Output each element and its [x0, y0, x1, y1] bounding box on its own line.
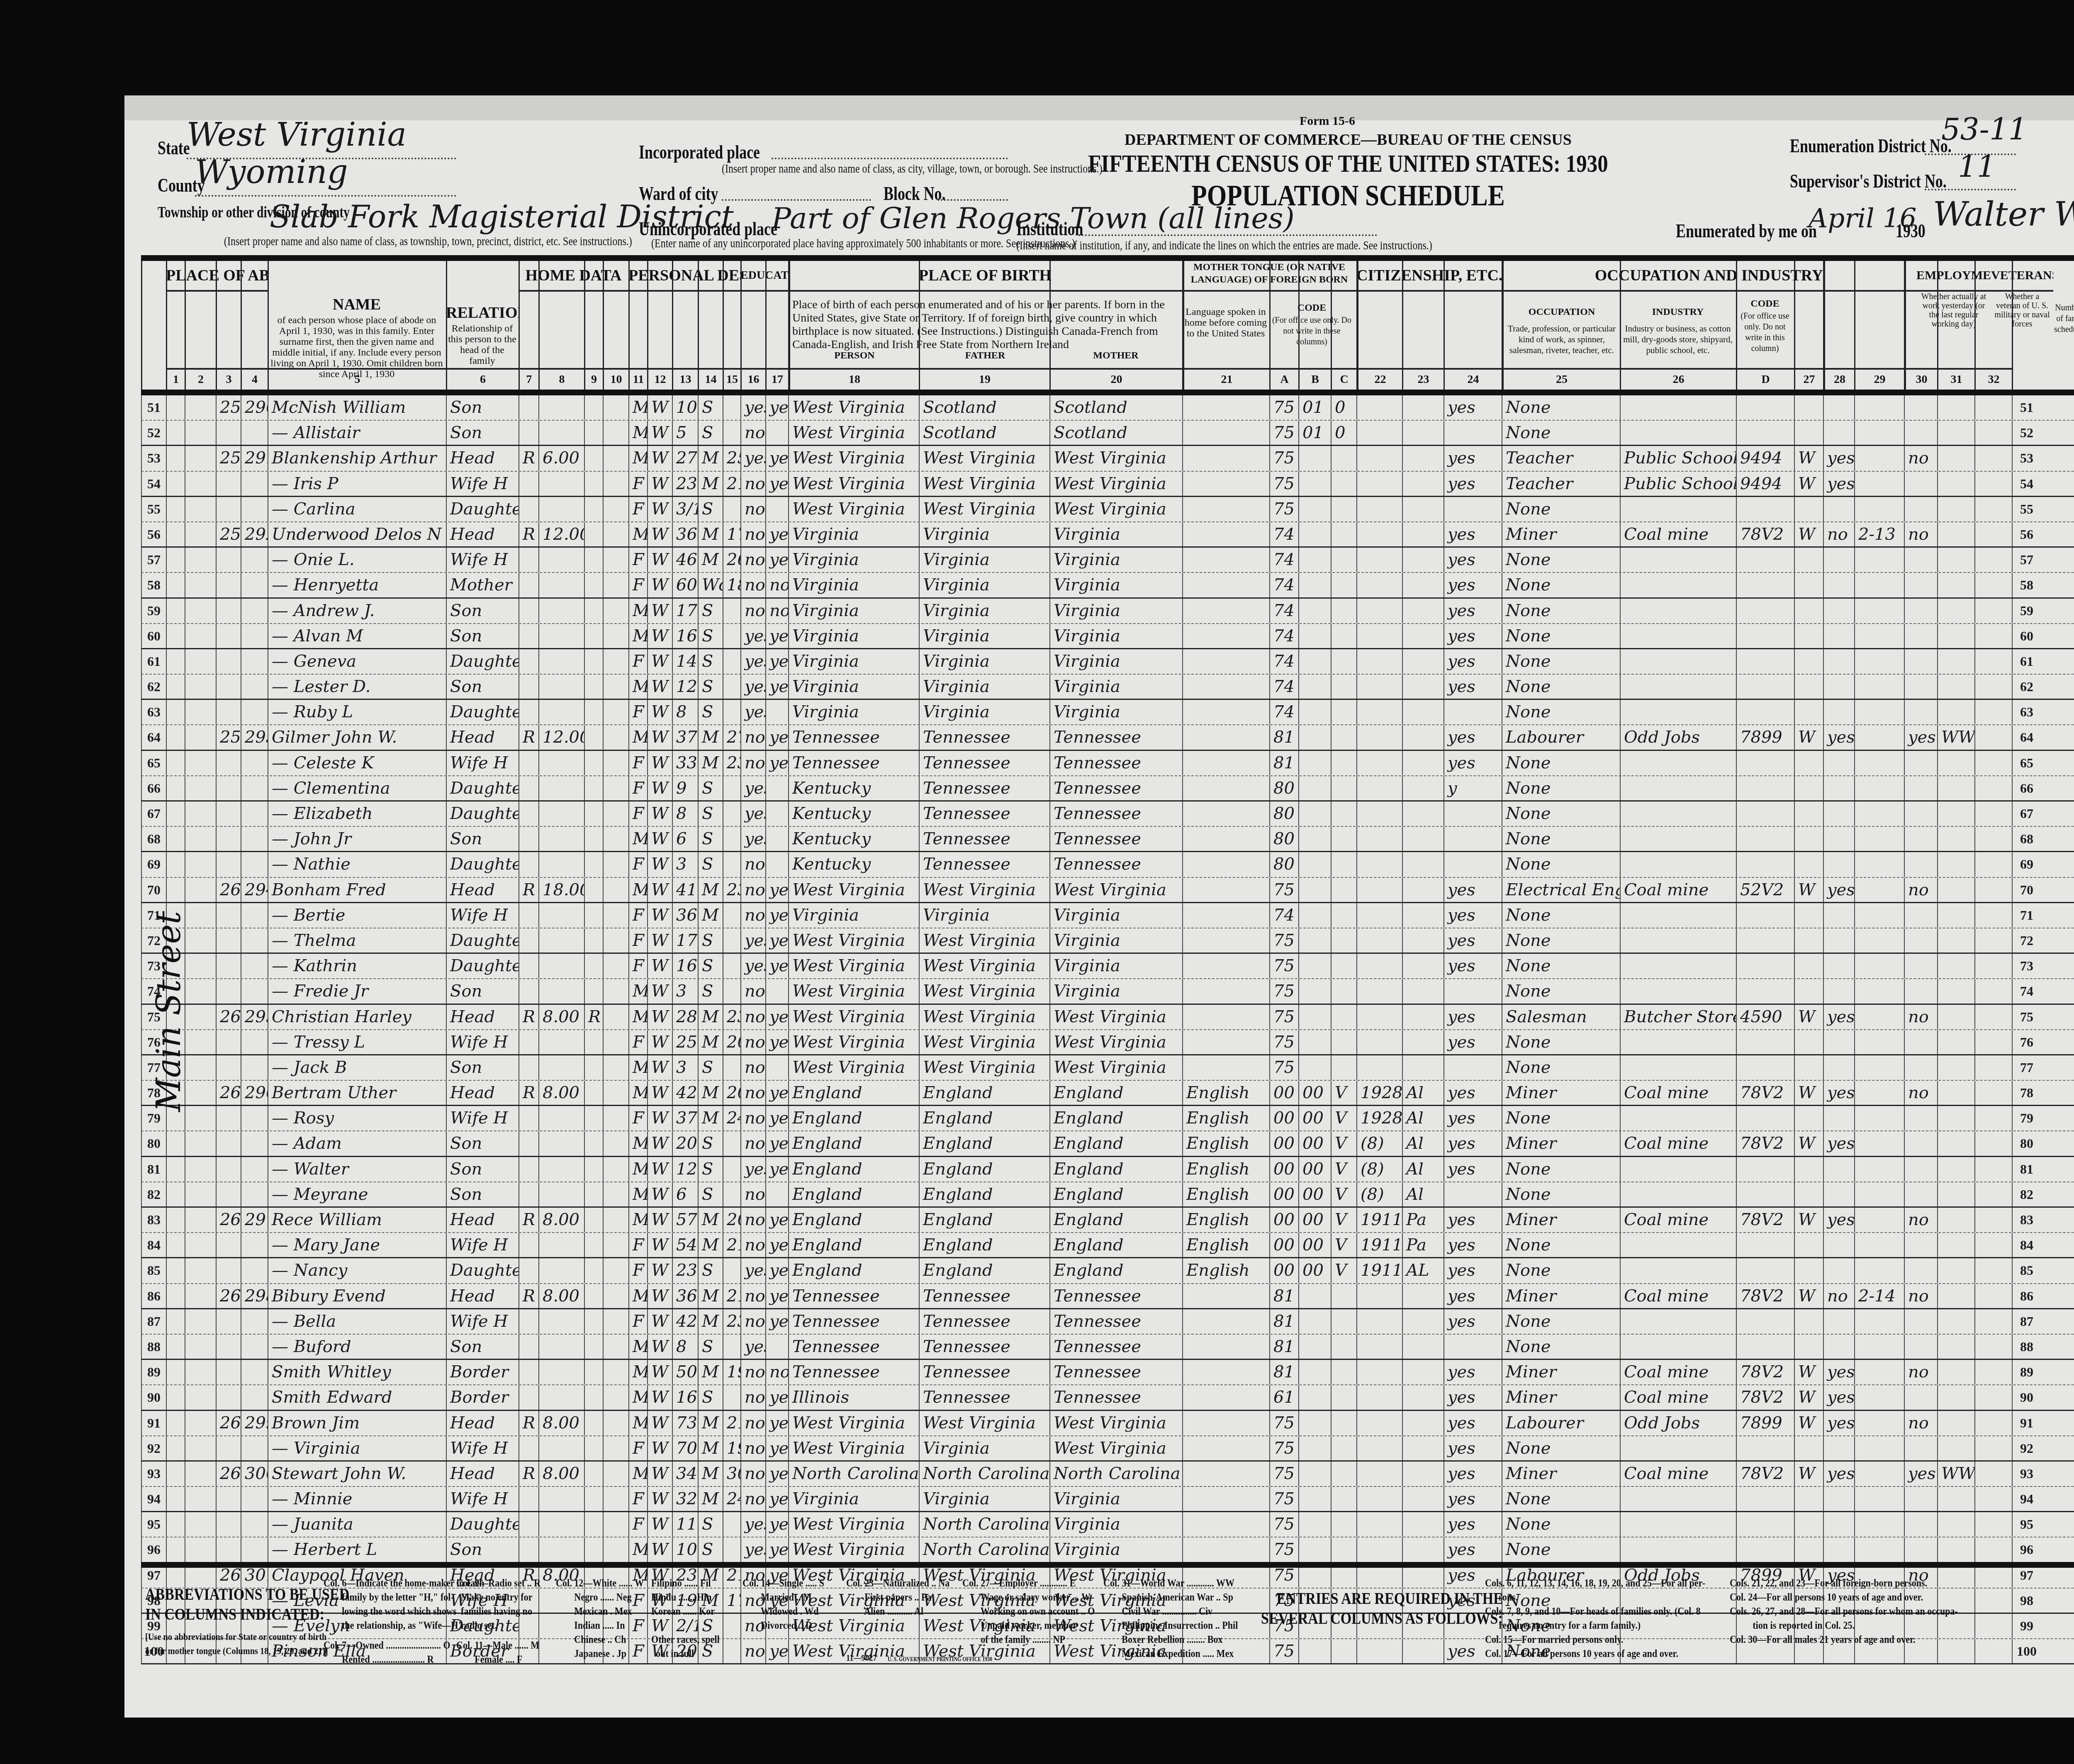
code-a-cell: 75 — [1269, 928, 1298, 953]
school-cell: no — [740, 522, 765, 546]
col-18: 18 — [788, 261, 919, 390]
birthplace-person-cell: West Virginia — [788, 1055, 919, 1080]
house-number-cell — [185, 1360, 216, 1384]
veteran-cell — [1904, 1106, 1937, 1131]
code-b-cell: 00 — [1298, 1157, 1331, 1182]
at-work-cell: yes — [1823, 446, 1854, 470]
speaks-english-cell: yes — [1444, 395, 1502, 420]
col-15: 15 — [723, 261, 740, 390]
school-cell: no — [740, 1385, 765, 1409]
code-d-cell — [1736, 1258, 1794, 1283]
enumerated-year: 1930 — [1896, 220, 1926, 242]
line-number: 83 — [141, 1208, 166, 1232]
name-cell: — Celeste K — [268, 751, 446, 775]
line-number: 84 — [141, 1233, 166, 1257]
race-cell: W — [647, 827, 672, 851]
street-cell — [166, 675, 185, 699]
mother-tongue-cell — [1182, 522, 1269, 546]
war-cell — [1937, 1512, 1974, 1537]
industry-cell: Coal mine — [1620, 1081, 1736, 1105]
family-number-cell — [241, 751, 268, 775]
code-a-cell: 00 — [1269, 1106, 1298, 1131]
code-c-cell — [1331, 1335, 1356, 1359]
occupation-cell: None — [1502, 802, 1620, 826]
col32-label: Number of farm schedule — [2054, 302, 2074, 335]
naturalization-cell — [1402, 903, 1444, 928]
col-22: 22 — [1356, 261, 1402, 390]
code-d-cell — [1736, 649, 1794, 674]
dwelling-number-cell — [216, 1436, 241, 1460]
radio-cell — [584, 1512, 603, 1537]
class-of-worker-cell — [1794, 1335, 1823, 1359]
school-cell: no — [740, 852, 765, 877]
industry-cell — [1620, 928, 1736, 953]
home-value-cell: 6.00 — [538, 446, 584, 470]
at-work-cell — [1823, 827, 1854, 851]
at-work-cell — [1823, 1182, 1854, 1206]
age-first-marriage-cell: 23 — [723, 1309, 740, 1334]
line-number-right: 92 — [2012, 1436, 2041, 1460]
street-cell — [166, 522, 185, 546]
col-31: 31 — [1937, 261, 1974, 390]
family-number-cell — [241, 624, 268, 648]
home-value-cell: 8.00 — [538, 1411, 584, 1435]
code-b-cell — [1298, 751, 1331, 775]
family-number-cell — [241, 954, 268, 978]
speaks-english-cell: yes — [1444, 1462, 1502, 1486]
family-number-cell — [241, 1487, 268, 1511]
marital-cell: S — [698, 599, 723, 623]
dwelling-number-cell — [216, 1309, 241, 1334]
read-write-cell — [765, 1335, 788, 1359]
owned-rented-cell — [518, 1258, 538, 1283]
farm-schedule-cell — [1974, 1055, 2012, 1080]
dwelling-number-cell: 265 — [216, 1411, 241, 1435]
radio-cell — [584, 649, 603, 674]
line-number: 70 — [141, 878, 166, 902]
family-number-cell — [241, 1360, 268, 1384]
table-row: 94— MinnieWife HFW32M24noyesVirginiaVirg… — [141, 1487, 2074, 1512]
radio-cell — [584, 1055, 603, 1080]
line-number-right: 59 — [2012, 599, 2041, 623]
family-number-cell — [241, 1055, 268, 1080]
birthplace-person-cell: West Virginia — [788, 1537, 919, 1562]
marital-cell: S — [698, 497, 723, 521]
industry-cell — [1620, 548, 1736, 572]
immigration-year-cell — [1356, 903, 1402, 928]
radio-cell: R — [584, 1005, 603, 1029]
line-number-right: 87 — [2012, 1309, 2041, 1334]
code-c-cell — [1331, 599, 1356, 623]
name-cell: — Allistair — [268, 421, 446, 445]
unemployment-line-cell — [1854, 1131, 1904, 1155]
occupation-cell: None — [1502, 675, 1620, 699]
line-number: 93 — [141, 1462, 166, 1486]
family-number-cell: 290 — [241, 395, 268, 420]
table-row: 65— Celeste KWife HFW33M23noyesTennessee… — [141, 751, 2074, 776]
age-first-marriage-cell: 23 — [723, 878, 740, 902]
line-number-right: 53 — [2012, 446, 2041, 470]
relation-cell: Son — [446, 1182, 518, 1206]
house-number-cell — [185, 903, 216, 928]
farm-schedule-cell — [1974, 1131, 2012, 1155]
immigration-year-cell — [1356, 1055, 1402, 1080]
race-cell: W — [647, 1055, 672, 1080]
unemployment-line-cell — [1854, 497, 1904, 521]
industry-cell: Coal mine — [1620, 1385, 1736, 1409]
farm-cell — [603, 700, 628, 724]
owned-rented-cell — [518, 928, 538, 953]
code-b-cell — [1298, 979, 1331, 1003]
code-a-cell: 81 — [1269, 1309, 1298, 1334]
abbrev-col12-more: Filipino ...... Fil Hindu ....... Hin Ko… — [651, 1576, 720, 1661]
naturalization-cell: Al — [1402, 1182, 1444, 1206]
radio-cell — [584, 928, 603, 953]
industry-cell: Coal mine — [1620, 1208, 1736, 1232]
birthplace-father-cell: West Virginia — [919, 979, 1049, 1003]
speaks-english-cell — [1444, 802, 1502, 826]
house-number-cell — [185, 395, 216, 420]
mother-tongue-cell — [1182, 979, 1269, 1003]
owned-rented-cell — [518, 624, 538, 648]
class-of-worker-cell: W — [1794, 1131, 1823, 1155]
relation-cell: Daughter — [446, 1512, 518, 1537]
race-cell: W — [647, 802, 672, 826]
dwelling-number-cell — [216, 776, 241, 800]
naturalization-cell — [1402, 1537, 1444, 1562]
radio-cell — [584, 675, 603, 699]
street-cell — [166, 1411, 185, 1435]
naturalization-cell — [1402, 700, 1444, 724]
class-of-worker-cell — [1794, 852, 1823, 877]
street-cell — [166, 1462, 185, 1486]
name-cell: — Meyrane — [268, 1182, 446, 1206]
veteran-cell — [1904, 928, 1937, 953]
birthplace-person-cell: Virginia — [788, 903, 919, 928]
birthplace-father-cell: England — [919, 1258, 1049, 1283]
marital-cell: S — [698, 700, 723, 724]
farm-cell — [603, 903, 628, 928]
marital-cell: S — [698, 1131, 723, 1155]
code-b-cell: 00 — [1298, 1106, 1331, 1131]
dwelling-number-cell: 259 — [216, 725, 241, 749]
unemployment-line-cell — [1854, 1055, 1904, 1080]
family-number-cell — [241, 1309, 268, 1334]
family-number-cell — [241, 497, 268, 521]
unemployment-line-cell — [1854, 1385, 1904, 1409]
immigration-year-cell — [1356, 1005, 1402, 1029]
race-cell: W — [647, 395, 672, 420]
home-value-cell — [538, 1537, 584, 1562]
school-cell: no — [740, 1360, 765, 1384]
naturalization-cell — [1402, 573, 1444, 597]
immigration-year-cell — [1356, 573, 1402, 597]
code-b-cell: 00 — [1298, 1208, 1331, 1232]
col-D: D — [1736, 261, 1794, 390]
mother-tongue-cell: English — [1182, 1233, 1269, 1257]
speaks-english-cell: yes — [1444, 675, 1502, 699]
farm-schedule-cell — [1974, 1537, 2012, 1562]
code-a-cell: 74 — [1269, 522, 1298, 546]
table-row: 70260294Bonham FredHeadR18.00MW41M23noye… — [141, 878, 2074, 903]
dwelling-number-cell — [216, 700, 241, 724]
industry-cell — [1620, 827, 1736, 851]
immigration-year-cell — [1356, 700, 1402, 724]
war-cell — [1937, 1309, 1974, 1334]
school-cell: no — [740, 1462, 765, 1486]
school-cell: no — [740, 421, 765, 445]
mother-tongue-cell — [1182, 1335, 1269, 1359]
abbrev-col14: Col. 14—Single ..... S Married .. M Wido… — [742, 1576, 824, 1632]
family-number-cell — [241, 827, 268, 851]
code-d-cell: 78V2 — [1736, 1462, 1794, 1486]
birthplace-father-cell: West Virginia — [919, 1055, 1049, 1080]
farm-cell — [603, 1258, 628, 1283]
mother-tongue-cell — [1182, 573, 1269, 597]
name-cell: Christian Harley — [268, 1005, 446, 1029]
industry-cell: Coal mine — [1620, 1360, 1736, 1384]
line-number: 65 — [141, 751, 166, 775]
immigration-year-cell — [1356, 421, 1402, 445]
birthplace-father-cell: England — [919, 1182, 1049, 1206]
immigration-year-cell — [1356, 852, 1402, 877]
radio-cell — [584, 472, 603, 496]
code-d-cell — [1736, 1309, 1794, 1334]
dwelling-number-cell — [216, 1335, 241, 1359]
family-number-cell — [241, 1258, 268, 1283]
col-3: 3 — [216, 261, 241, 390]
code-b-cell — [1298, 624, 1331, 648]
mother-tongue-cell: English — [1182, 1258, 1269, 1283]
at-work-cell: no — [1823, 522, 1854, 546]
code-b-cell — [1298, 802, 1331, 826]
mother-tongue-cell — [1182, 1030, 1269, 1054]
owned-rented-cell — [518, 497, 538, 521]
family-number-cell: 294 — [241, 878, 268, 902]
industry-cell — [1620, 1487, 1736, 1511]
incorporated-note: (Insert proper name and also name of cla… — [722, 162, 1103, 176]
street-cell — [166, 599, 185, 623]
race-cell: W — [647, 1182, 672, 1206]
code-d-cell — [1736, 599, 1794, 623]
war-cell — [1937, 649, 1974, 674]
at-work-cell — [1823, 573, 1854, 597]
immigration-year-cell — [1356, 1411, 1402, 1435]
age-cell: 16 — [672, 624, 698, 648]
sex-cell: F — [628, 1512, 647, 1537]
name-cell: — Fredie Jr — [268, 979, 446, 1003]
radio-cell — [584, 903, 603, 928]
code-a-cell: 74 — [1269, 903, 1298, 928]
line-number-right: 71 — [2012, 903, 2041, 928]
line-number-right: 55 — [2012, 497, 2041, 521]
naturalization-cell — [1402, 1030, 1444, 1054]
age-first-marriage-cell — [723, 700, 740, 724]
street-cell — [166, 1284, 185, 1308]
farm-cell — [603, 421, 628, 445]
mother-tongue-cell — [1182, 776, 1269, 800]
war-cell — [1937, 1005, 1974, 1029]
name-cell: — Jack B — [268, 1055, 446, 1080]
veteran-cell — [1904, 624, 1937, 648]
family-number-cell — [241, 802, 268, 826]
line-number-right: 91 — [2012, 1411, 2041, 1435]
read-write-cell: yes — [765, 1030, 788, 1054]
immigration-year-cell — [1356, 1462, 1402, 1486]
farm-schedule-cell — [1974, 827, 2012, 851]
birthplace-father-cell: West Virginia — [919, 472, 1049, 496]
code-a-cell: 75 — [1269, 1537, 1298, 1562]
code-b-cell — [1298, 675, 1331, 699]
home-value-cell — [538, 1258, 584, 1283]
line-number: 67 — [141, 802, 166, 826]
industry-cell — [1620, 599, 1736, 623]
owned-rented-cell — [518, 1385, 538, 1409]
line-number-right: 73 — [2012, 954, 2041, 978]
marital-cell: S — [698, 1512, 723, 1537]
line-number: 86 — [141, 1284, 166, 1308]
code-c-cell — [1331, 1360, 1356, 1384]
farm-schedule-cell — [1974, 751, 2012, 775]
war-cell — [1937, 497, 1974, 521]
code-d-cell — [1736, 827, 1794, 851]
name-cell: — Buford — [268, 1335, 446, 1359]
unemployment-line-cell — [1854, 827, 1904, 851]
industry-cell — [1620, 903, 1736, 928]
dwelling-number-cell: 264 — [216, 1284, 241, 1308]
code-a-cell: 75 — [1269, 421, 1298, 445]
occupation-cell: Miner — [1502, 1462, 1620, 1486]
birthplace-mother-cell: Tennessee — [1049, 827, 1182, 851]
war-cell — [1937, 1335, 1974, 1359]
sex-cell: F — [628, 573, 647, 597]
birthplace-mother-cell: England — [1049, 1208, 1182, 1232]
race-cell: W — [647, 979, 672, 1003]
col-30: 30 — [1904, 261, 1937, 390]
dwelling-number-cell — [216, 573, 241, 597]
house-number-cell — [185, 548, 216, 572]
mother-tongue-cell — [1182, 1487, 1269, 1511]
birthplace-father-cell: Tennessee — [919, 1309, 1049, 1334]
mother-tongue-cell — [1182, 802, 1269, 826]
read-write-cell — [765, 979, 788, 1003]
unemployment-line-cell — [1854, 1005, 1904, 1029]
col-11: 11 — [628, 261, 647, 390]
read-write-cell: yes — [765, 725, 788, 749]
code-c-cell: V — [1331, 1233, 1356, 1257]
code-c-cell — [1331, 928, 1356, 953]
mother-tongue-cell — [1182, 700, 1269, 724]
code-d-cell — [1736, 903, 1794, 928]
race-cell: W — [647, 1030, 672, 1054]
read-write-cell — [765, 1182, 788, 1206]
war-cell — [1937, 1284, 1974, 1308]
line-number: 52 — [141, 421, 166, 445]
age-cell: 10 — [672, 1537, 698, 1562]
home-value-cell — [538, 675, 584, 699]
name-cell: — Juanita — [268, 1512, 446, 1537]
code-b-cell — [1298, 599, 1331, 623]
birthplace-mother-cell: Tennessee — [1049, 776, 1182, 800]
read-write-cell: yes — [765, 1411, 788, 1435]
code-a-cell: 75 — [1269, 1436, 1298, 1460]
unemployment-line-cell — [1854, 1462, 1904, 1486]
occupation-cell: Teacher — [1502, 472, 1620, 496]
school-cell: no — [740, 599, 765, 623]
birthplace-mother-cell: Tennessee — [1049, 802, 1182, 826]
code-c-cell — [1331, 827, 1356, 851]
marital-cell: S — [698, 852, 723, 877]
street-cell — [166, 751, 185, 775]
age-cell: 6 — [672, 827, 698, 851]
marital-cell: S — [698, 954, 723, 978]
relation-cell: Wife H — [446, 1436, 518, 1460]
mother-tongue-cell — [1182, 624, 1269, 648]
sex-cell: M — [628, 1335, 647, 1359]
code-a-cell: 75 — [1269, 954, 1298, 978]
marital-cell: M — [698, 1030, 723, 1054]
speaks-english-cell — [1444, 979, 1502, 1003]
unemployment-line-cell — [1854, 675, 1904, 699]
line-number: 89 — [141, 1360, 166, 1384]
birthplace-father-cell: Virginia — [919, 522, 1049, 546]
table-row: 52— AllistairSonMW5SnoWest VirginiaScotl… — [141, 421, 2074, 446]
relation-cell: Wife H — [446, 1233, 518, 1257]
age-cell: 16 — [672, 954, 698, 978]
farm-schedule-cell — [1974, 1157, 2012, 1182]
age-first-marriage-cell: 21 — [723, 1284, 740, 1308]
table-row: 74— Fredie JrSonMW3SnoWest VirginiaWest … — [141, 979, 2074, 1004]
birthplace-person-cell: West Virginia — [788, 954, 919, 978]
line-number: 53 — [141, 446, 166, 470]
industry-cell — [1620, 776, 1736, 800]
race-cell: W — [647, 472, 672, 496]
mother-tongue-cell — [1182, 1512, 1269, 1537]
war-cell — [1937, 954, 1974, 978]
line-number: 64 — [141, 725, 166, 749]
at-work-cell — [1823, 421, 1854, 445]
birthplace-person-cell: Tennessee — [788, 1360, 919, 1384]
relation-cell: Wife H — [446, 903, 518, 928]
farm-cell — [603, 1081, 628, 1105]
read-write-cell: yes — [765, 675, 788, 699]
line-number-right: 90 — [2012, 1385, 2041, 1409]
dwelling-number-cell: 263 — [216, 1208, 241, 1232]
age-cell: 17 — [672, 928, 698, 953]
name-cell: — Thelma — [268, 928, 446, 953]
at-work-cell: yes — [1823, 472, 1854, 496]
table-row: 86264298Bibury EvendHeadR8.00MW36M21noye… — [141, 1284, 2074, 1309]
occupation-cell: None — [1502, 599, 1620, 623]
age-cell: 54 — [672, 1233, 698, 1257]
class-of-worker-cell: W — [1794, 1385, 1823, 1409]
name-cell: Smith Edward — [268, 1385, 446, 1409]
name-cell: — Onie L. — [268, 548, 446, 572]
occupation-cell: None — [1502, 1055, 1620, 1080]
immigration-year-cell — [1356, 675, 1402, 699]
street-cell — [166, 1233, 185, 1257]
unemployment-line-cell — [1854, 1411, 1904, 1435]
house-number-cell — [185, 1462, 216, 1486]
birthplace-person-cell: Illinois — [788, 1385, 919, 1409]
radio-cell — [584, 624, 603, 648]
house-number-cell — [185, 599, 216, 623]
age-cell: 37 — [672, 725, 698, 749]
at-work-cell — [1823, 1233, 1854, 1257]
veteran-cell — [1904, 395, 1937, 420]
farm-schedule-cell — [1974, 1462, 2012, 1486]
birthplace-mother-cell: West Virginia — [1049, 1030, 1182, 1054]
